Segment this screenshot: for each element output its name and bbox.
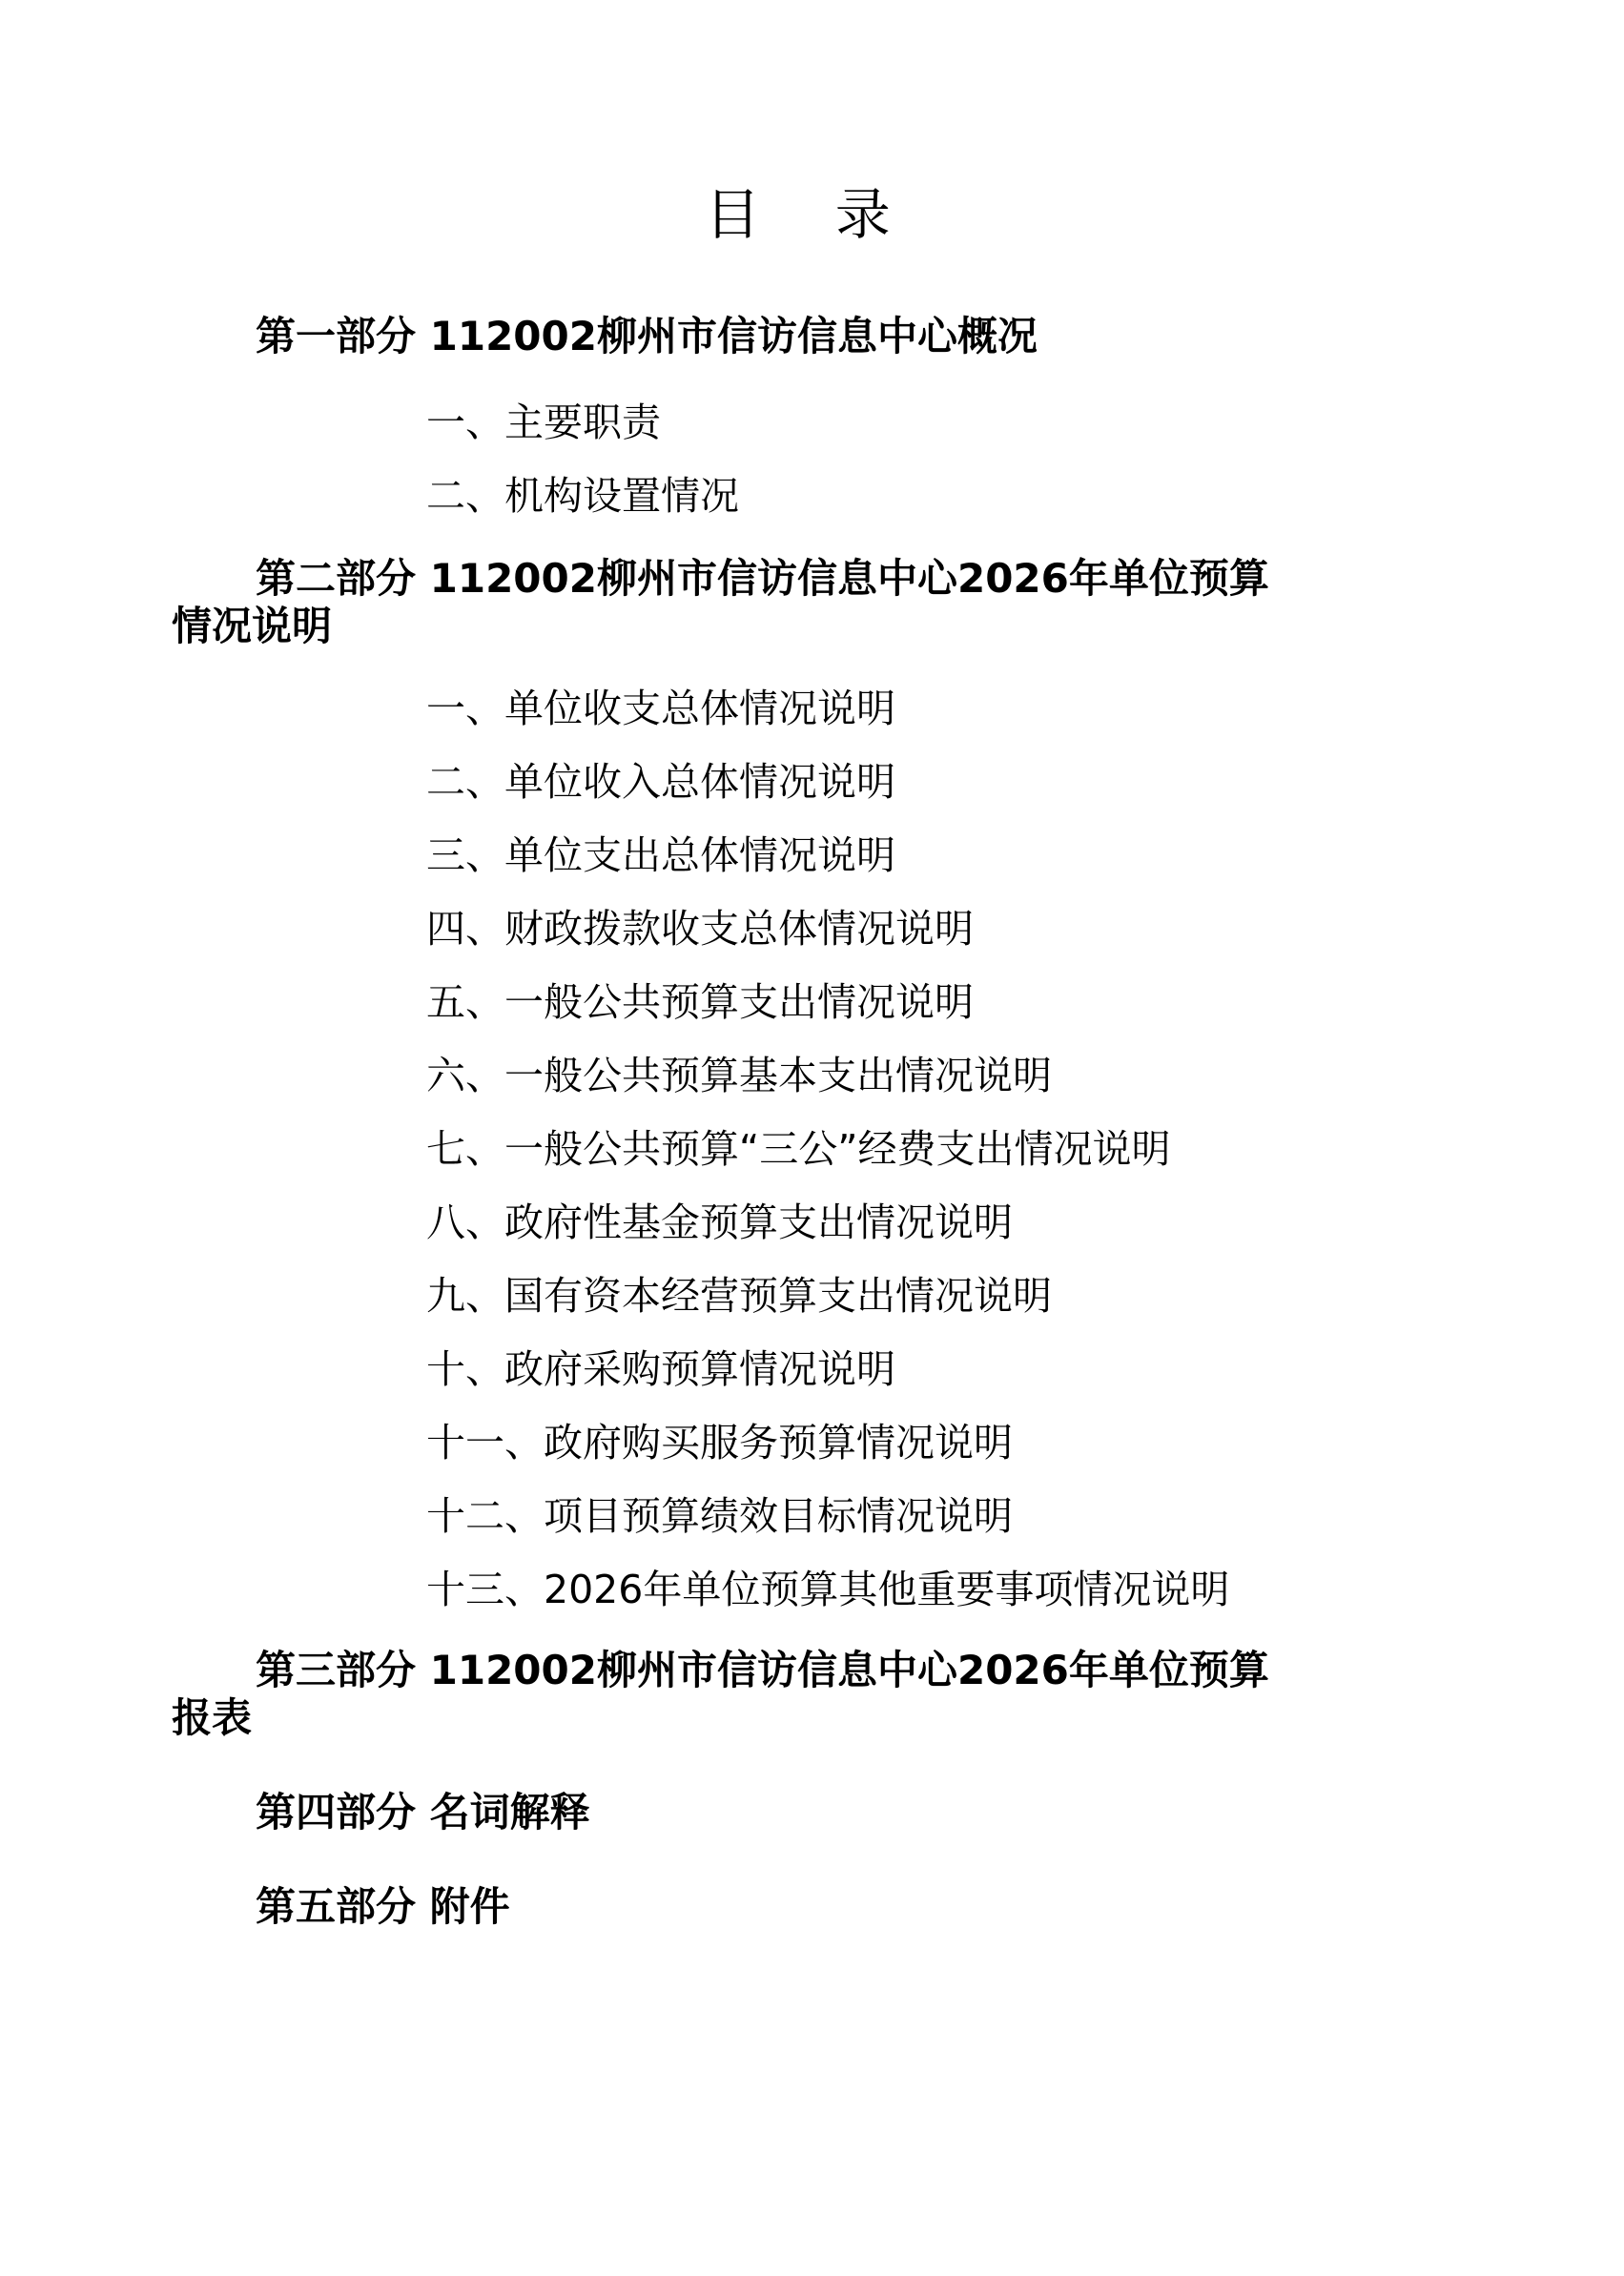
part-title: 112002柳州市信访信息中心概况 <box>430 313 1038 359</box>
toc-item-2-8[interactable]: 八、政府性基金预算支出情况说明 <box>426 1199 1013 1246</box>
toc-part-4[interactable]: 第四部分 名词解释 <box>172 1789 1297 1836</box>
toc-item-1-2[interactable]: 二、机构设置情况 <box>426 472 739 520</box>
part-title: 名词解释 <box>430 1789 590 1835</box>
toc-page: 目 录 第一部分 112002柳州市信访信息中心概况 一、主要职责 二、机构设置… <box>0 0 1624 2276</box>
part-label: 第一部分 <box>256 313 416 359</box>
part-label: 第三部分 <box>256 1647 416 1693</box>
toc-item-2-5[interactable]: 五、一般公共预算支出情况说明 <box>426 978 974 1026</box>
toc-part-2[interactable]: 第二部分 112002柳州市信访信息中心2026年单位预算情况说明 <box>172 555 1297 650</box>
toc-item-2-4[interactable]: 四、财政拨款收支总体情况说明 <box>426 905 974 953</box>
page-title: 目 录 <box>0 181 1624 248</box>
toc-part-5[interactable]: 第五部分 附件 <box>172 1883 1297 1931</box>
toc-part-1[interactable]: 第一部分 112002柳州市信访信息中心概况 <box>172 313 1297 360</box>
part-label: 第五部分 <box>256 1883 416 1930</box>
toc-item-1-1[interactable]: 一、主要职责 <box>426 399 661 446</box>
toc-item-2-7[interactable]: 七、一般公共预算“三公”经费支出情况说明 <box>426 1125 1170 1173</box>
part-title: 附件 <box>430 1883 510 1930</box>
toc-item-2-13[interactable]: 十三、2026年单位预算其他重要事项情况说明 <box>426 1566 1229 1613</box>
toc-part-3[interactable]: 第三部分 112002柳州市信访信息中心2026年单位预算报表 <box>172 1647 1297 1742</box>
toc-item-2-1[interactable]: 一、单位收支总体情况说明 <box>426 685 895 732</box>
toc-item-2-2[interactable]: 二、单位收入总体情况说明 <box>426 758 895 806</box>
toc-item-2-9[interactable]: 九、国有资本经营预算支出情况说明 <box>426 1272 1052 1320</box>
toc-item-2-3[interactable]: 三、单位支出总体情况说明 <box>426 831 895 879</box>
toc-item-2-6[interactable]: 六、一般公共预算基本支出情况说明 <box>426 1052 1052 1099</box>
part-label: 第四部分 <box>256 1789 416 1835</box>
toc-item-2-12[interactable]: 十二、项目预算绩效目标情况说明 <box>426 1492 1013 1540</box>
toc-item-2-11[interactable]: 十一、政府购买服务预算情况说明 <box>426 1419 1013 1466</box>
part-label: 第二部分 <box>256 555 416 602</box>
toc-item-2-10[interactable]: 十、政府采购预算情况说明 <box>426 1345 895 1393</box>
